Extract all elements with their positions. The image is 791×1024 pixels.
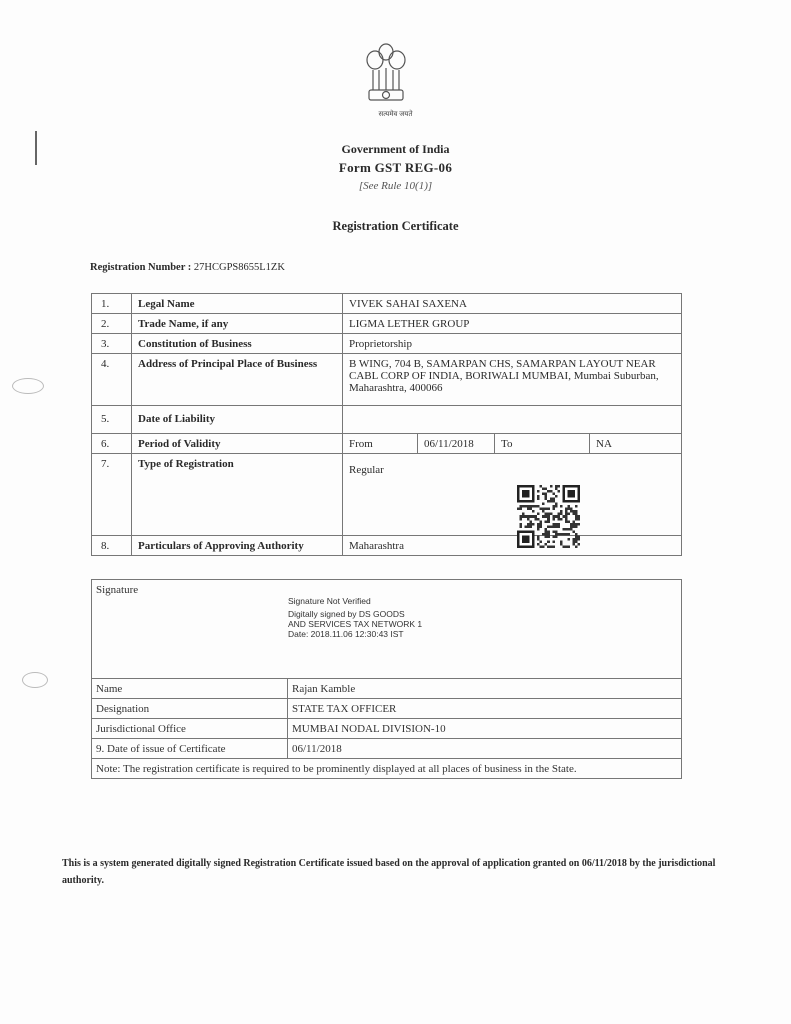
designation-label: Designation [92, 699, 288, 719]
officer-name-label: Name [92, 679, 288, 699]
table-row: 4. Address of Principal Place of Busines… [92, 354, 682, 406]
approving-authority-value: Maharashtra [343, 536, 682, 556]
row-number: 6. [92, 434, 132, 454]
row-number: 4. [92, 354, 132, 406]
table-row: 7. Type of Registration Regular [92, 454, 682, 536]
row-number: 8. [92, 536, 132, 556]
table-row: 9. Date of issue of Certificate 06/11/20… [92, 739, 682, 759]
trade-name-value: LIGMA LETHER GROUP [343, 314, 682, 334]
row-number: 2. [92, 314, 132, 334]
signature-line: AND SERVICES TAX NETWORK 1 [288, 619, 422, 629]
emblem-motto: सत्यमेव जयते [0, 110, 791, 119]
row-number: 7. [92, 454, 132, 536]
row-number: 3. [92, 334, 132, 354]
state-emblem-icon [361, 38, 411, 118]
table-row: 8. Particulars of Approving Authority Ma… [92, 536, 682, 556]
scan-smudge [22, 672, 48, 688]
signature-line: Digitally signed by DS GOODS [288, 609, 422, 619]
table-row: 3. Constitution of Business Proprietorsh… [92, 334, 682, 354]
address-value: B WING, 704 B, SAMARPAN CHS, SAMARPAN LA… [343, 354, 682, 406]
row-label: Date of Liability [132, 406, 343, 434]
table-row: 1. Legal Name VIVEK SAHAI SAXENA [92, 294, 682, 314]
validity-to-label: To [495, 434, 590, 454]
issue-date-label: 9. Date of issue of Certificate [92, 739, 288, 759]
table-row: Note: The registration certificate is re… [92, 759, 682, 779]
display-note: Note: The registration certificate is re… [92, 759, 682, 779]
jurisdictional-office-label: Jurisdictional Office [92, 719, 288, 739]
row-label: Address of Principal Place of Business [132, 354, 343, 406]
officer-details-table: Signature Signature Not Verified Digital… [91, 579, 682, 779]
page-title: Registration Certificate [0, 219, 791, 234]
jurisdictional-office-value: MUMBAI NODAL DIVISION-10 [288, 719, 682, 739]
validity-to-value: NA [590, 434, 682, 454]
form-title: Form GST REG-06 [0, 160, 791, 176]
row-label: Particulars of Approving Authority [132, 536, 343, 556]
row-label: Trade Name, if any [132, 314, 343, 334]
table-row: 2. Trade Name, if any LIGMA LETHER GROUP [92, 314, 682, 334]
registration-type-value: Regular [343, 454, 682, 536]
legal-name-value: VIVEK SAHAI SAXENA [343, 294, 682, 314]
registration-number-label: Registration Number : [90, 262, 191, 273]
signature-status: Signature Not Verified [288, 596, 422, 606]
government-heading: Government of India [0, 142, 791, 157]
qr-code-icon [517, 485, 580, 548]
table-row: 5. Date of Liability [92, 406, 682, 434]
issue-date-value: 06/11/2018 [288, 739, 682, 759]
liability-date-value [343, 406, 682, 434]
signature-row: Signature Signature Not Verified Digital… [92, 580, 682, 679]
row-label: Type of Registration [132, 454, 343, 536]
row-label: Legal Name [132, 294, 343, 314]
row-number: 5. [92, 406, 132, 434]
row-label: Constitution of Business [132, 334, 343, 354]
designation-value: STATE TAX OFFICER [288, 699, 682, 719]
table-row: Jurisdictional Office MUMBAI NODAL DIVIS… [92, 719, 682, 739]
table-row: Designation STATE TAX OFFICER [92, 699, 682, 719]
validity-from-label: From [343, 434, 418, 454]
scan-smudge [12, 378, 44, 394]
registration-number: Registration Number : 27HCGPS8655L1ZK [90, 262, 285, 273]
constitution-value: Proprietorship [343, 334, 682, 354]
row-label: Period of Validity [132, 434, 343, 454]
table-row: 6. Period of Validity From 06/11/2018 To… [92, 434, 682, 454]
signature-cell: Signature Signature Not Verified Digital… [92, 580, 682, 679]
rule-reference: [See Rule 10(1)] [0, 180, 791, 192]
signature-label: Signature [96, 584, 138, 596]
digital-signature-block: Signature Not Verified Digitally signed … [288, 596, 422, 639]
officer-name-value: Rajan Kamble [288, 679, 682, 699]
footer-statement: This is a system generated digitally sig… [62, 855, 722, 889]
table-row: Name Rajan Kamble [92, 679, 682, 699]
row-number: 1. [92, 294, 132, 314]
signature-date: Date: 2018.11.06 12:30:43 IST [288, 629, 422, 639]
registration-number-value: 27HCGPS8655L1ZK [194, 262, 285, 273]
validity-from-value: 06/11/2018 [418, 434, 495, 454]
registration-details-table: 1. Legal Name VIVEK SAHAI SAXENA 2. Trad… [91, 293, 682, 556]
